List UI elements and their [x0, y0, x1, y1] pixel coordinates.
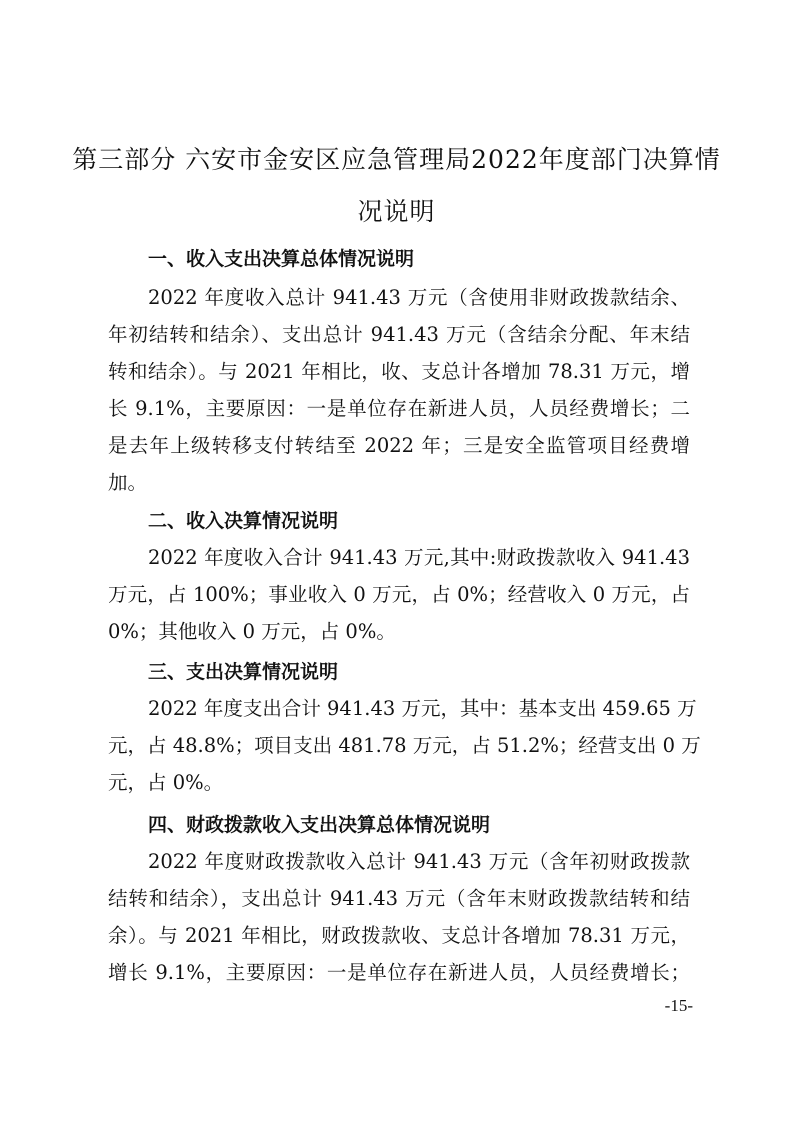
section-1-paragraph-line: 加。 [108, 470, 690, 496]
section-3-paragraph-line: 元，占 0%。 [108, 770, 690, 796]
section-1-paragraph-line: 2022 年度收入总计 941.43 万元（含使用非财政拨款结余、 [148, 285, 690, 311]
section-1-heading: 一、收入支出决算总体情况说明 [148, 246, 414, 272]
section-4-paragraph-line: 增长 9.1%，主要原因：一是单位存在新进人员，人员经费增长； [108, 960, 690, 986]
section-1-paragraph-line: 年初结转和结余）、支出总计 941.43 万元（含结余分配、年末结 [108, 322, 690, 348]
section-2-heading: 二、收入决算情况说明 [148, 508, 338, 534]
section-3-paragraph-line: 元，占 48.8%；项目支出 481.78 万元，占 51.2%；经营支出 0 … [108, 733, 690, 759]
page-title-line-2: 况说明 [0, 195, 793, 229]
section-2-paragraph-line: 0%；其他收入 0 万元，占 0%。 [108, 619, 690, 645]
page-title-line-1: 第三部分 六安市金安区应急管理局2022年度部门决算情 [0, 143, 793, 177]
section-2-paragraph-line: 2022 年度收入合计 941.43 万元,其中:财政拨款收入 941.43 [148, 545, 690, 571]
section-4-paragraph-line: 2022 年度财政拨款收入总计 941.43 万元（含年初财政拨款 [148, 849, 690, 875]
section-1-paragraph-line: 长 9.1%，主要原因：一是单位存在新进人员，人员经费增长；二 [108, 396, 690, 422]
page-number: -15- [665, 995, 693, 1017]
section-1-paragraph-line: 转和结余）。与 2021 年相比，收、支总计各增加 78.31 万元，增 [108, 359, 690, 385]
section-4-heading: 四、财政拨款收入支出决算总体情况说明 [148, 812, 490, 838]
section-4-paragraph-line: 结转和结余），支出总计 941.43 万元（含年末财政拨款结转和结 [108, 886, 690, 912]
document-page: 第三部分 六安市金安区应急管理局2022年度部门决算情 况说明 一、收入支出决算… [0, 0, 793, 1122]
section-3-paragraph-line: 2022 年度支出合计 941.43 万元，其中：基本支出 459.65 万 [148, 696, 690, 722]
section-4-paragraph-line: 余）。与 2021 年相比，财政拨款收、支总计各增加 78.31 万元， [108, 923, 690, 949]
section-3-heading: 三、支出决算情况说明 [148, 659, 338, 685]
section-1-paragraph-line: 是去年上级转移支付转结至 2022 年；三是安全监管项目经费增 [108, 433, 690, 459]
section-2-paragraph-line: 万元，占 100%；事业收入 0 万元，占 0%；经营收入 0 万元，占 [108, 582, 690, 608]
